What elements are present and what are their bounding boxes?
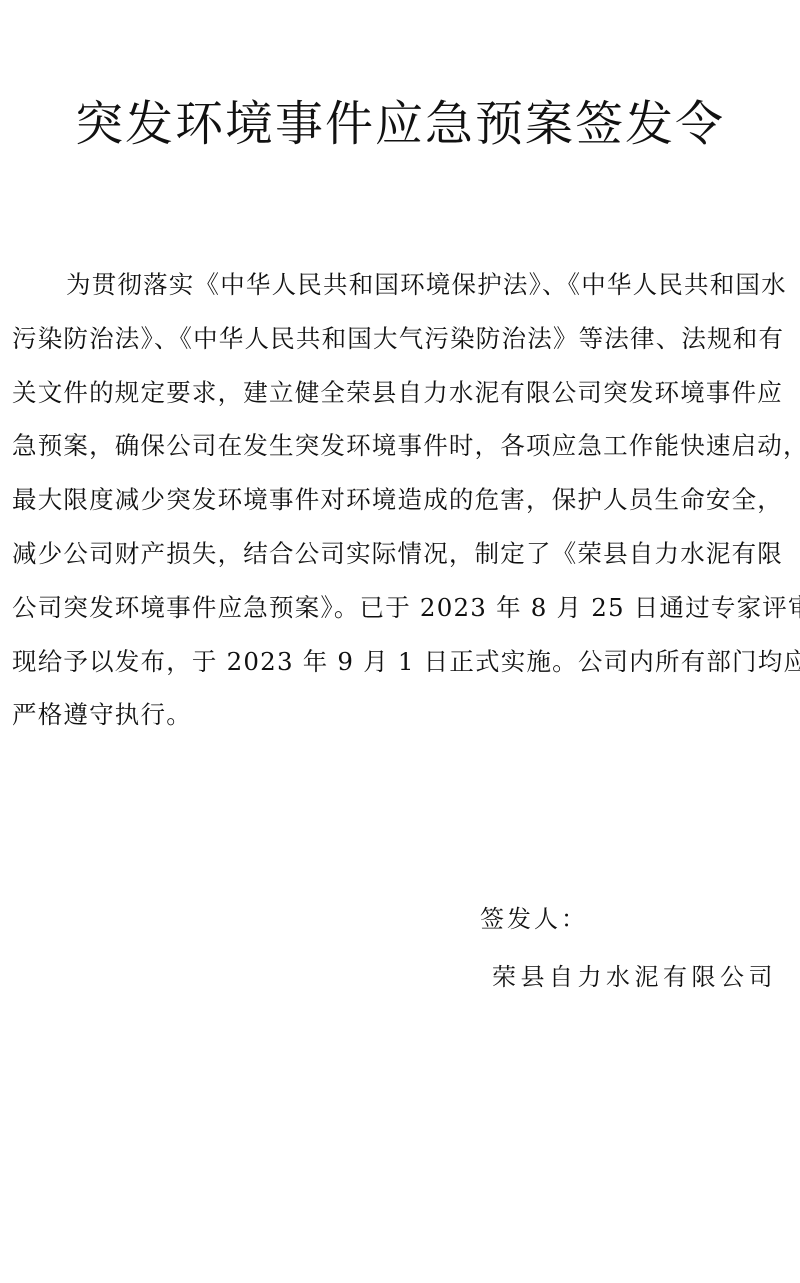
body-line: 减少公司财产损失，结合公司实际情况，制定了《荣县自力水泥有限 xyxy=(12,527,784,581)
body-line: 急预案，确保公司在发生突发环境事件时，各项应急工作能快速启动， xyxy=(12,419,784,473)
body-line: 为贯彻落实《中华人民共和国环境保护法》、《中华人民共和国水 xyxy=(12,258,784,312)
signer-label: 签发人： xyxy=(480,902,588,936)
document-body: 为贯彻落实《中华人民共和国环境保护法》、《中华人民共和国水 污染防治法》、《中华… xyxy=(12,258,784,742)
body-line: 严格遵守执行。 xyxy=(12,688,784,742)
body-line: 现给予以发布，于 2023 年 9 月 1 日正式实施。公司内所有部门均应 xyxy=(12,635,784,689)
body-line: 污染防治法》、《中华人民共和国大气污染防治法》等法律、法规和有 xyxy=(12,312,784,366)
body-line: 最大限度减少突发环境事件对环境造成的危害，保护人员生命安全， xyxy=(12,473,784,527)
document-title: 突发环境事件应急预案签发令 xyxy=(0,92,800,156)
body-line: 关文件的规定要求，建立健全荣县自力水泥有限公司突发环境事件应 xyxy=(12,366,784,420)
signing-company: 荣县自力水泥有限公司 xyxy=(492,960,777,994)
body-line: 公司突发环境事件应急预案》。已于 2023 年 8 月 25 日通过专家评审， xyxy=(12,581,784,635)
